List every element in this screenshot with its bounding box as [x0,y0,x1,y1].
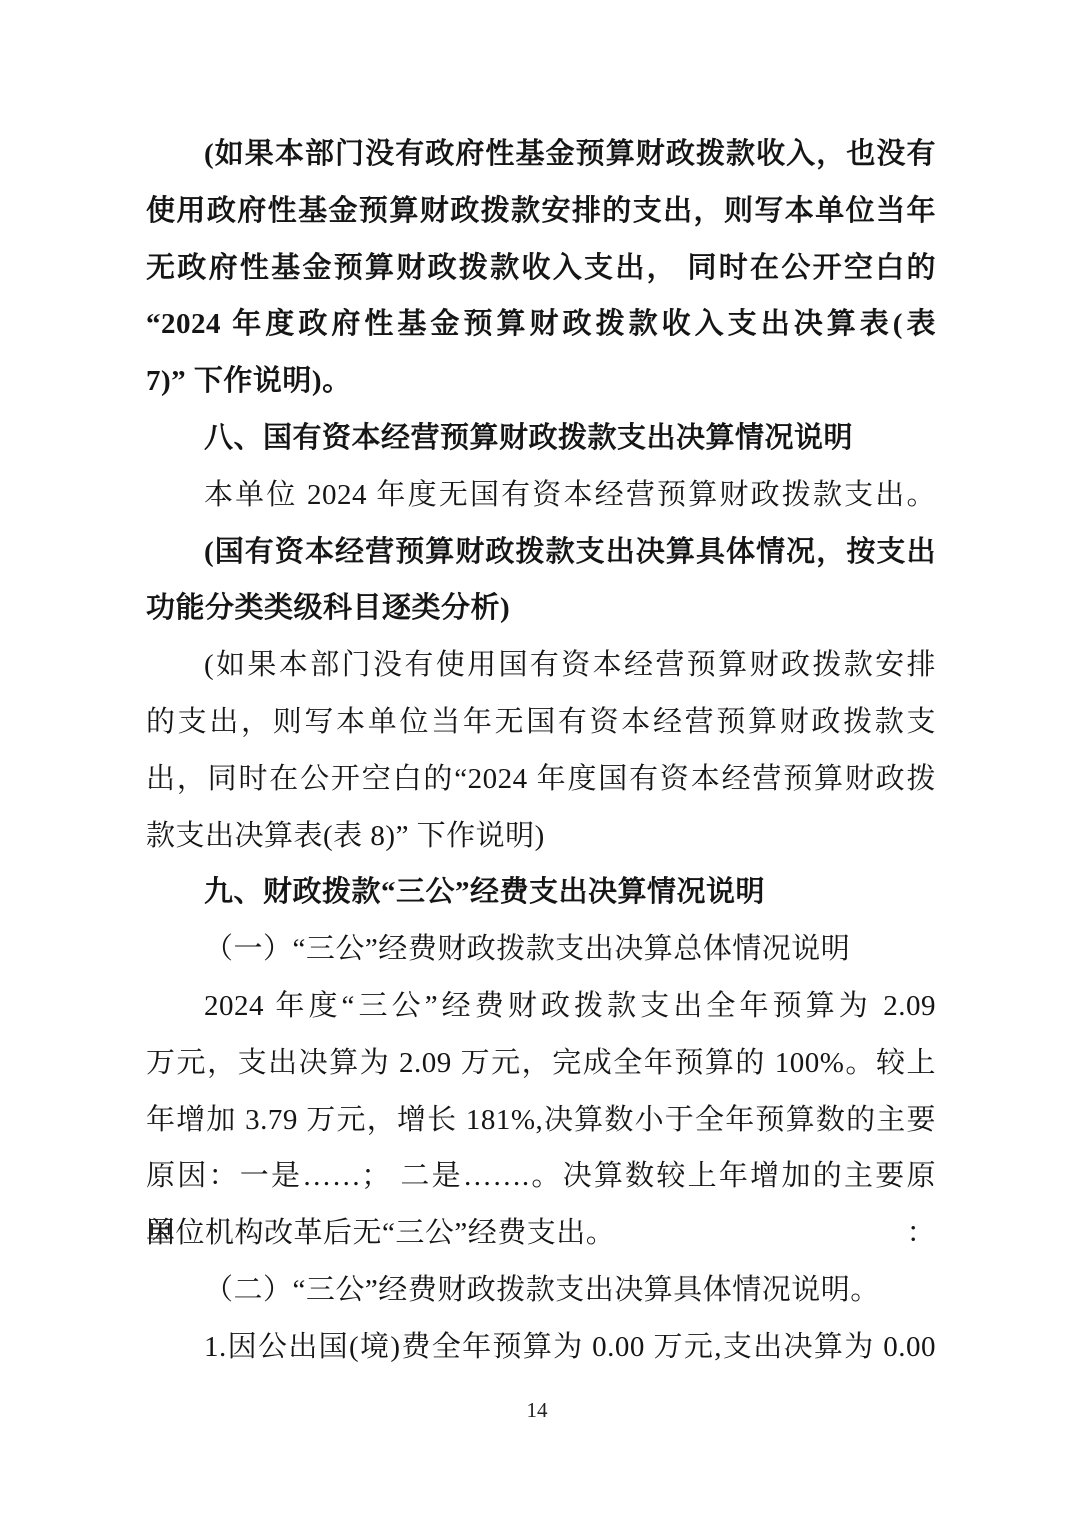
text-line: （一）“三公”经费财政拨款支出决算总体情况说明 [146,921,936,978]
text-line: 出，同时在公开空白的“2024 年度国有资本经营预算财政拨 [146,751,936,808]
heading-line: 九、财政拨款“三公”经费支出决算情况说明 [146,864,936,921]
text-line: 使用政府性基金预算财政拨款安排的支出，则写本单位当年 [146,183,936,240]
paragraph-three-public-overview-title: （一）“三公”经费财政拨款支出决算总体情况说明 [146,921,936,978]
text-line: (如果本部门没有使用国有资本经营预算财政拨款安排 [146,637,936,694]
text-line: “2024 年度政府性基金预算财政拨款收入支出决算表(表 [146,296,936,353]
text-line: 2024 年度“三公”经费财政拨款支出全年预算为 2.09 [146,978,936,1035]
text-line: (国有资本经营预算财政拨款支出决算具体情况，按支出 [146,524,936,581]
text-line: (如果本部门没有政府性基金预算财政拨款收入，也没有 [146,126,936,183]
paragraph-three-public-overview-body: 2024 年度“三公”经费财政拨款支出全年预算为 2.09 万元，支出决算为 2… [146,978,936,1262]
document-text-block: (如果本部门没有政府性基金预算财政拨款收入，也没有 使用政府性基金预算财政拨款安… [146,126,936,1376]
text-line: 功能分类类级科目逐类分析) [146,580,936,637]
text-line: 原因：一是……； 二是…….。决算数较上年增加的主要原因： [146,1148,936,1205]
text-line: 无政府性基金预算财政拨款收入支出， 同时在公开空白的 [146,240,936,297]
paragraph-state-capital-detail-note: (国有资本经营预算财政拨款支出决算具体情况，按支出 功能分类类级科目逐类分析) [146,524,936,638]
page-number: 14 [0,1398,1074,1423]
paragraph-no-state-capital-expenditure: 本单位 2024 年度无国有资本经营预算财政拨款支出。 [146,467,936,524]
section-heading-9: 九、财政拨款“三公”经费支出决算情况说明 [146,864,936,921]
text-line: 年增加 3.79 万元，增长 181%,决算数小于全年预算数的主要 [146,1092,936,1149]
text-line: 的支出，则写本单位当年无国有资本经营预算财政拨款支 [146,694,936,751]
paragraph-state-capital-blank-note: (如果本部门没有使用国有资本经营预算财政拨款安排 的支出，则写本单位当年无国有资… [146,637,936,864]
paragraph-three-public-detail-title: （二）“三公”经费财政拨款支出决算具体情况说明。 [146,1262,936,1319]
text-line: 7)” 下作说明)。 [146,353,936,410]
text-line: 款支出决算表(表 8)” 下作说明) [146,808,936,865]
document-page: (如果本部门没有政府性基金预算财政拨款收入，也没有 使用政府性基金预算财政拨款安… [0,0,1074,1520]
text-line: （二）“三公”经费财政拨款支出决算具体情况说明。 [146,1262,936,1319]
paragraph-gov-fund-note: (如果本部门没有政府性基金预算财政拨款收入，也没有 使用政府性基金预算财政拨款安… [146,126,936,410]
text-line: 本单位 2024 年度无国有资本经营预算财政拨款支出。 [146,467,936,524]
text-line: 万元，支出决算为 2.09 万元，完成全年预算的 100%。较上 [146,1035,936,1092]
text-line: 1.因公出国(境)费全年预算为 0.00 万元,支出决算为 0.00 [146,1319,936,1376]
heading-line: 八、国有资本经营预算财政拨款支出决算情况说明 [146,410,936,467]
section-heading-8: 八、国有资本经营预算财政拨款支出决算情况说明 [146,410,936,467]
paragraph-abroad-expense: 1.因公出国(境)费全年预算为 0.00 万元,支出决算为 0.00 [146,1319,936,1376]
